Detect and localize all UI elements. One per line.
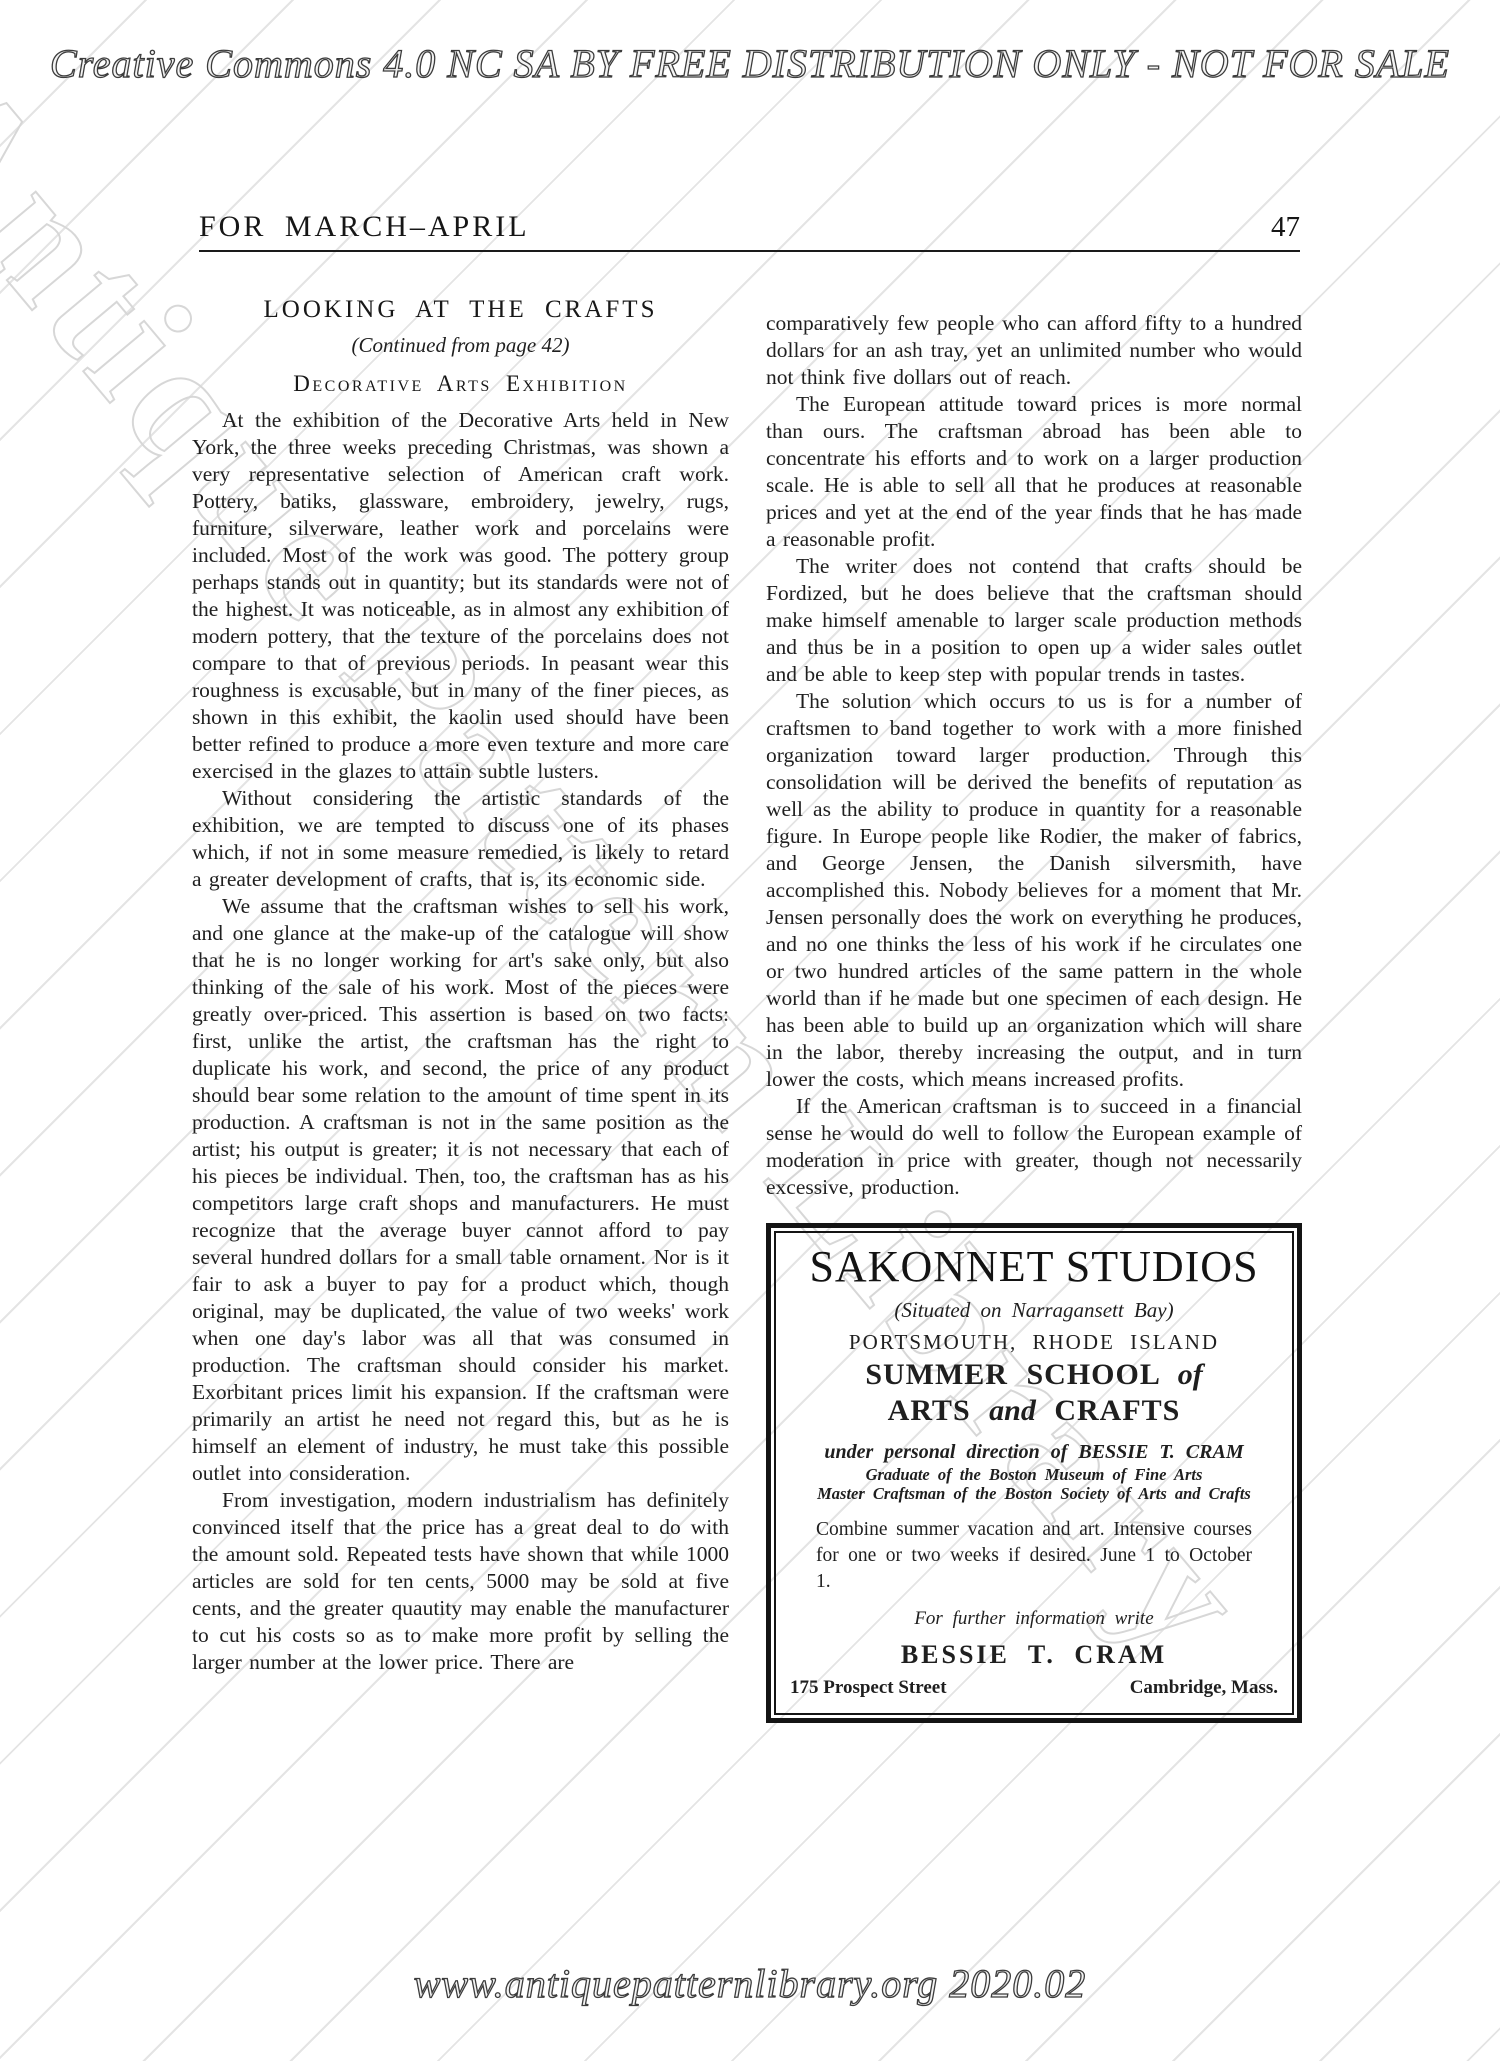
ad-direction-line: under personal direction of BESSIE T. CR… bbox=[776, 1439, 1292, 1465]
ad-body-text: Combine summer vacation and art. Intensi… bbox=[816, 1517, 1252, 1595]
ad-school-and: and bbox=[989, 1394, 1036, 1427]
ad-school-arts: ARTS bbox=[888, 1394, 971, 1427]
advertisement: SAKONNET STUDIOS (Situated on Narraganse… bbox=[766, 1223, 1302, 1723]
header-rule bbox=[199, 250, 1300, 252]
magazine-page: Antique Pattern Library Creative Commons… bbox=[0, 0, 1500, 2061]
top-watermark: Creative Commons 4.0 NC SA BY FREE DISTR… bbox=[0, 40, 1500, 87]
advertisement-inner-border: SAKONNET STUDIOS (Situated on Narraganse… bbox=[774, 1231, 1294, 1715]
ad-address-row: 175 Prospect Street Cambridge, Mass. bbox=[790, 1677, 1278, 1699]
ad-location: PORTSMOUTH, RHODE ISLAND bbox=[776, 1327, 1292, 1357]
paragraph: We assume that the craftsman wishes to s… bbox=[192, 893, 729, 1487]
ad-school-of: of bbox=[1178, 1358, 1203, 1391]
ad-city-address: Cambridge, Mass. bbox=[1130, 1677, 1278, 1699]
article-body: LOOKING AT THE CRAFTS (Continued from pa… bbox=[192, 288, 1302, 1723]
paragraph: The European attitude toward prices is m… bbox=[766, 391, 1302, 553]
right-column: comparatively few people who can afford … bbox=[766, 288, 1302, 1723]
article-title: LOOKING AT THE CRAFTS bbox=[192, 296, 729, 324]
bottom-watermark: www.antiquepatternlibrary.org 2020.02 bbox=[0, 1960, 1500, 2007]
paragraph: At the exhibition of the Decorative Arts… bbox=[192, 407, 729, 785]
paragraph: If the American craftsman is to succeed … bbox=[766, 1093, 1302, 1201]
continued-note: (Continued from page 42) bbox=[192, 333, 729, 358]
section-heading: Decorative Arts Exhibition bbox=[192, 371, 729, 397]
ad-write-note: For further information write bbox=[776, 1607, 1292, 1631]
paragraph: The writer does not contend that crafts … bbox=[766, 553, 1302, 688]
right-column-paragraphs: comparatively few people who can afford … bbox=[766, 310, 1302, 1201]
ad-school-crafts: CRAFTS bbox=[1054, 1394, 1180, 1427]
paragraph: Without considering the artistic standar… bbox=[192, 785, 729, 893]
ad-school-main: SUMMER SCHOOL bbox=[865, 1358, 1159, 1391]
journal-title: FOR MARCH–APRIL bbox=[199, 210, 530, 244]
ad-contact-name: BESSIE T. CRAM bbox=[776, 1639, 1292, 1671]
paragraph: comparatively few people who can afford … bbox=[766, 310, 1302, 391]
paragraph: The solution which occurs to us is for a… bbox=[766, 688, 1302, 1093]
page-header: FOR MARCH–APRIL 47 bbox=[199, 210, 1300, 244]
paragraph: From investigation, modern industrialism… bbox=[192, 1487, 729, 1676]
left-column-paragraphs: At the exhibition of the Decorative Arts… bbox=[192, 407, 729, 1676]
ad-school-line-2: ARTS and CRAFTS bbox=[776, 1393, 1292, 1429]
ad-credential-2: Master Craftsman of the Boston Society o… bbox=[776, 1484, 1292, 1503]
ad-situated-note: (Situated on Narragansett Bay) bbox=[776, 1295, 1292, 1325]
ad-studio-name: SAKONNET STUDIOS bbox=[776, 1241, 1292, 1293]
page-number: 47 bbox=[1271, 211, 1300, 244]
ad-credential-1: Graduate of the Boston Museum of Fine Ar… bbox=[776, 1465, 1292, 1484]
ad-street-address: 175 Prospect Street bbox=[790, 1677, 947, 1699]
ad-school-line-1: SUMMER SCHOOL of bbox=[776, 1357, 1292, 1393]
left-column: LOOKING AT THE CRAFTS (Continued from pa… bbox=[192, 288, 729, 1723]
